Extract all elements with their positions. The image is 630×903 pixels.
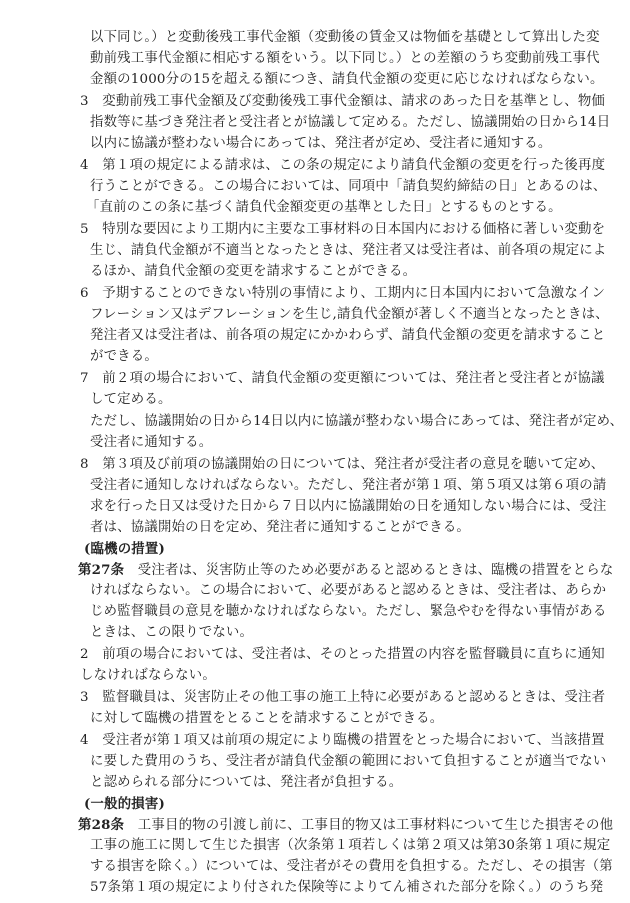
article-body: 受注者は、災害防止等のため必要があると認めるときは、臨機の措置をとらな bbox=[124, 563, 613, 578]
section-heading-general-damage: (一般的損害) bbox=[84, 794, 165, 814]
paragraph-3-line: 3 監督職員は、災害防止その他工事の施工上特に必要があると認めるときは、受注者 bbox=[80, 688, 605, 708]
text-line: 受注者に通知しなければならない。ただし、発注者が第１項、第５項又は第６項の請 bbox=[90, 476, 606, 496]
text-line: しなければならない。 bbox=[80, 666, 216, 686]
text-line: じめ監督職員の意見を聴かなければならない。ただし、緊急やむを得ない事情がある bbox=[90, 602, 606, 622]
paragraph-3-line: 3 変動前残工事代金額及び変動後残工事代金額は、請求のあった日を基準とし、物価 bbox=[80, 92, 605, 112]
text-line: 発注者又は受注者は、前各項の規定にかかわらず、請負代金額の変更を請求すること bbox=[90, 326, 605, 346]
text-line: 以内に協議が整わない場合にあっては、発注者が定め、受注者に通知する。 bbox=[90, 134, 551, 154]
text-line: 動前残工事代金額に相応する額をいう。以下同じ。）との差額のうち変動前残工事代 bbox=[90, 49, 600, 69]
text-line: ときは、この限りでない。 bbox=[90, 623, 253, 643]
document-page: 以下同じ。）と変動後残工事代金額（変動後の賃金又は物価を基礎として算出した変 動… bbox=[0, 0, 630, 903]
text-line: 求を行った日又は受けた日から７日以内に協議開始の日を通知しない場合には、受注 bbox=[90, 497, 606, 517]
text-line: 指数等に基づき発注者と受注者とが協議して定める。ただし、協議開始の日から14日 bbox=[90, 113, 610, 133]
text-line: 以下同じ。）と変動後残工事代金額（変動後の賃金又は物価を基礎として算出した変 bbox=[90, 28, 600, 48]
text-line: フレーション又はデフレーションを生じ,請負代金額が著しく不適当となったときは、 bbox=[90, 305, 609, 325]
text-line: する損害を除く。）については、受注者がその費用を負担する。ただし、その損害（第 bbox=[90, 857, 613, 877]
text-line: ただし、協議開始の日から14日以内に協議が整わない場合にあっては、発注者が定め、 bbox=[90, 412, 623, 432]
text-line: に対して臨機の措置をとることを請求することができる。 bbox=[90, 709, 443, 729]
text-line: るほか、請負代金額の変更を請求することができる。 bbox=[90, 262, 416, 282]
text-line: 者は、協議開始の日を定め、発注者に通知することができる。 bbox=[90, 518, 470, 538]
text-line: ができる。 bbox=[90, 347, 158, 367]
article-number: 第27条 bbox=[78, 562, 124, 578]
text-line: 「直前のこの条に基づく請負代金額変更の基準とした日」とするものとする。 bbox=[86, 198, 562, 218]
paragraph-5-line: 5 特別な要因により工期内に主要な工事材料の日本国内における価格に著しい変動を bbox=[80, 220, 605, 240]
article-28-line: 第28条 工事目的物の引渡し前に、工事目的物又は工事材料について生じた損害その他 bbox=[78, 815, 613, 835]
text-line: ければならない。この場合において、必要があると認めるときは、受注者は、あらか bbox=[90, 581, 606, 601]
text-line: に要した費用のうち、受注者が請負代金額の範囲において負担することが適当でない bbox=[90, 752, 606, 772]
text-line: 金額の1000分の15を超える額につき、請負代金額の変更に応じなければならない。 bbox=[90, 70, 604, 90]
paragraph-2-line: 2 前項の場合においては、受注者は、そのとった措置の内容を監督職員に直ちに通知 bbox=[80, 645, 605, 665]
paragraph-7-line: 7 前２項の場合において、請負代金額の変更額については、発注者と受注者とが協議 bbox=[80, 369, 605, 389]
article-27-line: 第27条 受注者は、災害防止等のため必要があると認めるときは、臨機の措置をとらな bbox=[78, 560, 613, 580]
text-line: 工事の施工に関して生じた損害（次条第１項若しくは第２項又は第30条第１項に規定 bbox=[90, 836, 610, 856]
paragraph-4-line: 4 受注者が第１項又は前項の規定により臨機の措置をとった場合において、当該措置 bbox=[80, 731, 605, 751]
text-line: して定める。 bbox=[90, 390, 172, 410]
text-line: と認められる部分については、発注者が負担する。 bbox=[90, 773, 402, 793]
paragraph-6-line: 6 予期することのできない特別の事情により、工期内に日本国内において急激なイン bbox=[80, 284, 605, 304]
paragraph-8-line: 8 第３項及び前項の協議開始の日については、発注者が受注者の意見を聴いて定め、 bbox=[80, 455, 604, 475]
text-line: 受注者に通知する。 bbox=[90, 433, 212, 453]
article-body: 工事目的物の引渡し前に、工事目的物又は工事材料について生じた損害その他 bbox=[124, 818, 613, 833]
text-line: 57条第１項の規定により付された保険等によりてん補された部分を除く。）のうち発 bbox=[90, 878, 603, 898]
section-heading-emergency-measures: (臨機の措置) bbox=[84, 539, 165, 559]
text-line: 生じ、請負代金額が不適当となったときは、発注者又は受注者は、前各項の規定によ bbox=[90, 241, 606, 261]
text-line: 行うことができる。この場合においては、同項中「請負契約締結の日」とあるのは、 bbox=[90, 177, 606, 197]
paragraph-4-line: 4 第１項の規定による請求は、この条の規定により請負代金額の変更を行った後再度 bbox=[80, 156, 605, 176]
article-number: 第28条 bbox=[78, 817, 124, 833]
